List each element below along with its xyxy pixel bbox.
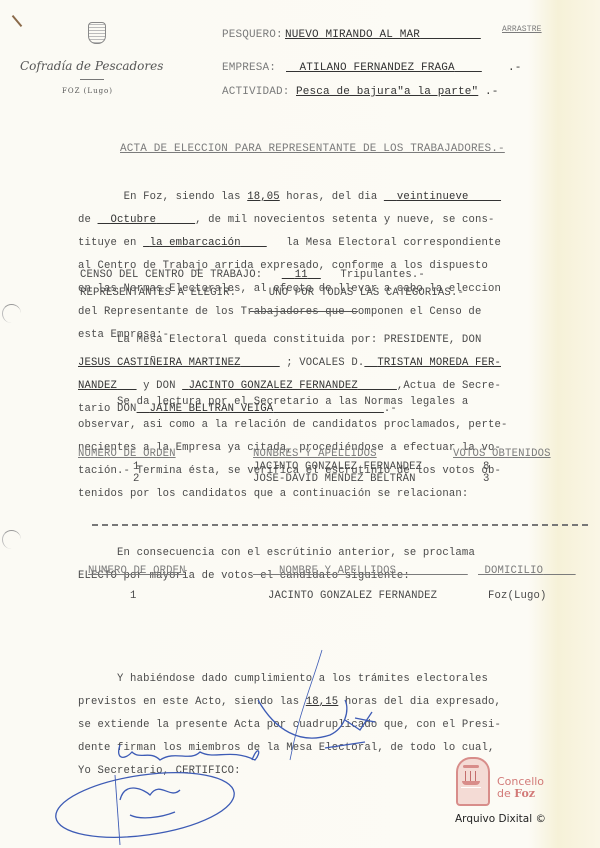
watermark-caption: Arquivo Dixital © (455, 813, 546, 825)
signatures (0, 0, 600, 848)
signature-loop (52, 763, 239, 847)
watermark-text: Concello de Foz (497, 776, 544, 800)
signature-secretary (258, 700, 347, 738)
concello-foz-logo-icon (456, 757, 490, 806)
signature-vocal (119, 745, 259, 760)
